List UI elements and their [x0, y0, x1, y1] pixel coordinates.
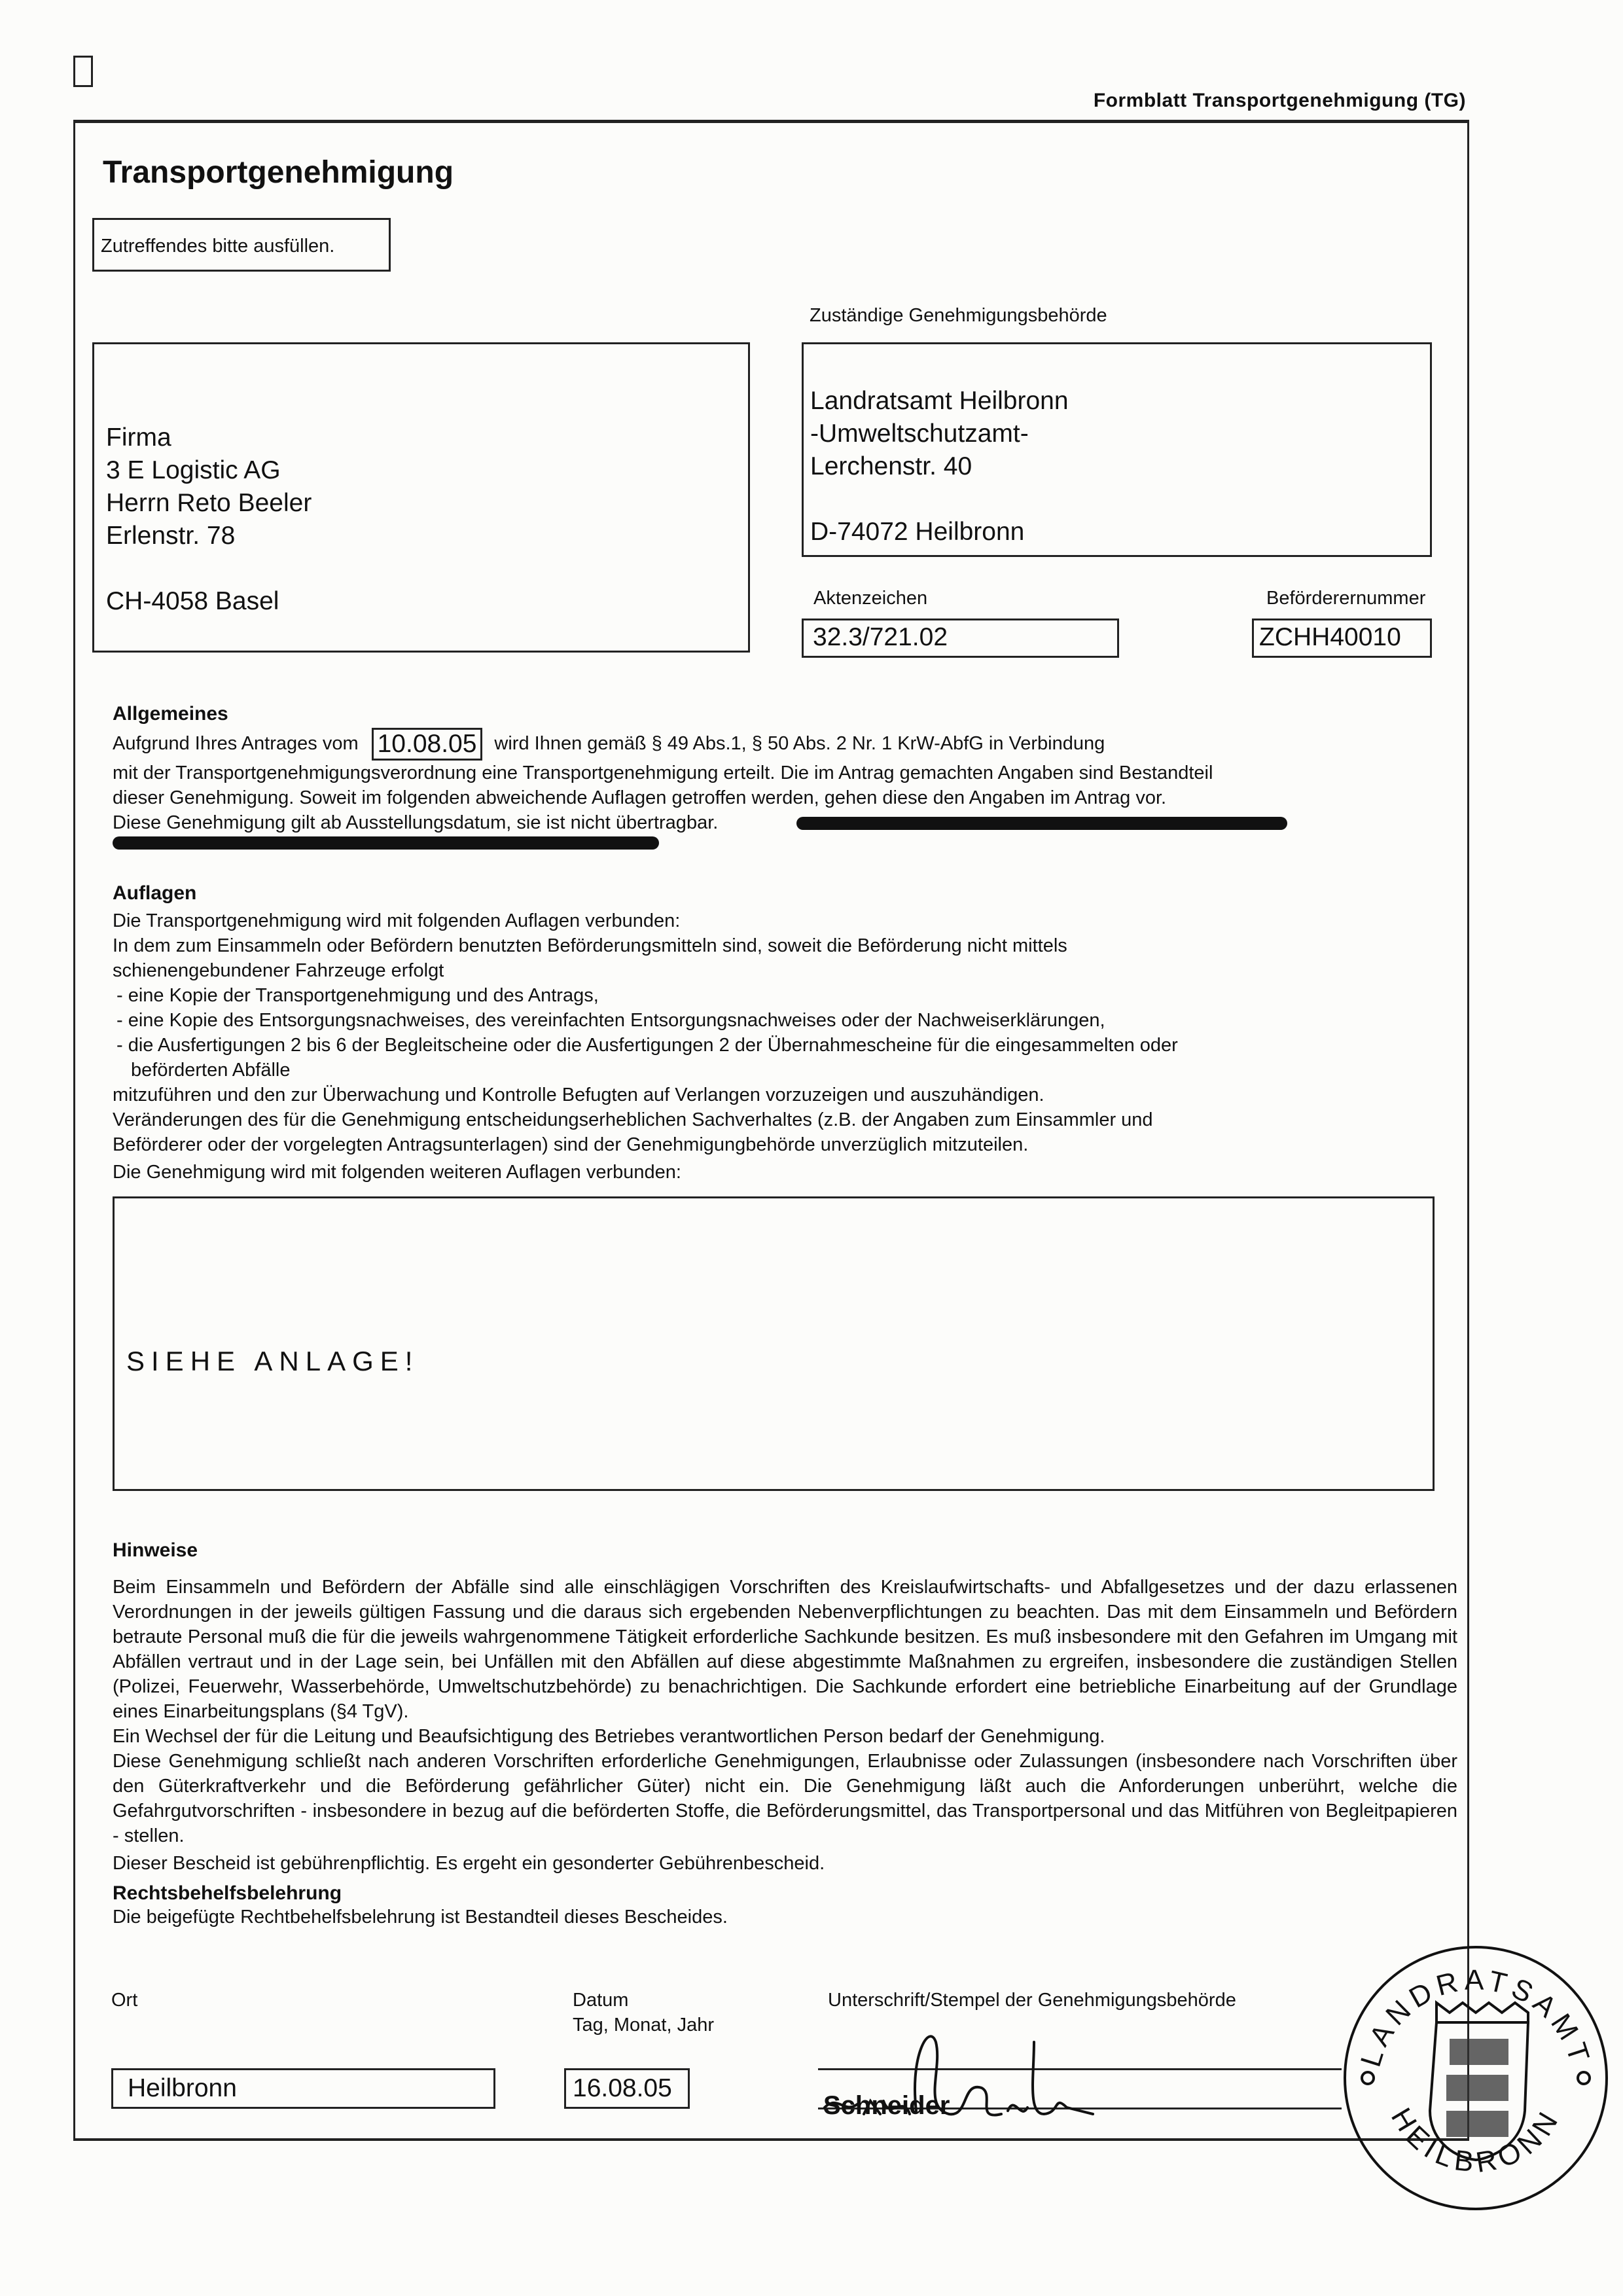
signature-label: Unterschrift/Stempel der Genehmigungsbeh… — [828, 1990, 1236, 2011]
auflagen-line: Die Transportgenehmigung wird mit folgen… — [113, 908, 1408, 933]
section-heading: Hinweise — [113, 1539, 1457, 1562]
aktenzeichen-label: Aktenzeichen — [813, 588, 927, 609]
auflagen-line: Veränderungen des für die Genehmigung en… — [113, 1107, 1408, 1132]
redacted-line — [113, 835, 1408, 855]
applicant-address-box[interactable]: Firma 3 E Logistic AG Herrn Reto Beeler … — [92, 342, 750, 653]
corner-checkbox — [73, 56, 93, 87]
applicant-line: Herrn Reto Beeler — [106, 487, 312, 520]
redaction-bar — [796, 817, 1287, 830]
hinweise-paragraph: Ein Wechsel der für die Leitung und Beau… — [113, 1724, 1457, 1749]
form-label: Formblatt Transportgenehmigung (TG) — [1094, 90, 1466, 112]
ort-label: Ort — [111, 1990, 137, 2011]
authority-label: Zuständige Genehmigungsbehörde — [810, 305, 1107, 327]
frame-bottom-line — [73, 2139, 1469, 2141]
datum-field[interactable]: 16.08.05 — [564, 2068, 690, 2109]
text: wird Ihnen gemäß § 49 Abs.1, § 50 Abs. 2… — [494, 733, 1105, 754]
applicant-line: Erlenstr. 78 — [106, 520, 312, 552]
befoerderer-label: Beförderernummer — [1266, 588, 1425, 609]
section-hinweise: Hinweise Beim Einsammeln und Befördern d… — [113, 1539, 1457, 1929]
official-stamp-icon: LANDRATSAMT HEILBRONN — [1338, 1941, 1613, 2215]
ort-field[interactable]: Heilbronn — [111, 2068, 495, 2109]
further-auflagen-box[interactable]: SIEHE ANLAGE! — [113, 1196, 1435, 1491]
instruction-text: Zutreffendes bitte ausfüllen. — [101, 236, 334, 257]
further-auflagen-label: Die Genehmigung wird mit folgenden weite… — [113, 1160, 1408, 1185]
datum-value: 16.08.05 — [573, 2074, 672, 2103]
auflagen-line: schienengebundener Fahrzeuge erfolgt — [113, 958, 1408, 983]
text: Aufgrund Ihres Antrages vom — [113, 733, 359, 754]
allgemeines-line: dieser Genehmigung. Soweit im folgenden … — [113, 785, 1408, 810]
further-auflagen-value: SIEHE ANLAGE! — [126, 1346, 419, 1377]
authority-line: Lerchenstr. 40 — [810, 450, 1069, 483]
section-allgemeines: Allgemeines Aufgrund Ihres Antrages vom1… — [113, 703, 1408, 855]
allgemeines-line: mit der Transportgenehmigungsverordnung … — [113, 761, 1408, 785]
rechtsbehelf-text: Die beigefügte Rechtbehelfsbelehrung ist… — [113, 1905, 1457, 1929]
ort-value: Heilbronn — [128, 2074, 237, 2103]
instruction-box: Zutreffendes bitte ausfüllen. — [92, 218, 391, 272]
datum-sublabel: Tag, Monat, Jahr — [573, 2015, 714, 2036]
auflagen-line: mitzuführen und den zur Überwachung und … — [113, 1083, 1408, 1107]
auflagen-bullet: beförderten Abfälle — [113, 1058, 1408, 1083]
redaction-bar — [113, 836, 659, 850]
section-heading: Allgemeines — [113, 703, 1408, 725]
page-title: Transportgenehmigung — [103, 154, 454, 190]
auflagen-bullet: - eine Kopie der Transportgenehmigung un… — [113, 983, 1408, 1008]
authority-line: -Umweltschutzamt- — [810, 418, 1069, 450]
aktenzeichen-field[interactable]: 32.3/721.02 — [802, 619, 1119, 658]
hinweise-paragraph: Dieser Bescheid ist gebührenpflichtig. E… — [113, 1851, 1457, 1876]
text: Diese Genehmigung gilt ab Ausstellungsda… — [113, 812, 718, 833]
allgemeines-line: Aufgrund Ihres Antrages vom10.08.05wird … — [113, 728, 1408, 761]
authority-address-box[interactable]: Landratsamt Heilbronn -Umweltschutzamt- … — [802, 342, 1432, 557]
auflagen-bullet: - die Ausfertigungen 2 bis 6 der Begleit… — [113, 1033, 1408, 1058]
auflagen-line: Beförderer oder der vorgelegten Antragsu… — [113, 1132, 1408, 1157]
befoerderer-value: ZCHH40010 — [1259, 623, 1401, 652]
applicant-city: CH-4058 Basel — [106, 585, 312, 618]
allgemeines-line: Diese Genehmigung gilt ab Ausstellungsda… — [113, 810, 1408, 835]
befoerderer-field[interactable]: ZCHH40010 — [1252, 619, 1432, 658]
auflagen-bullet: - eine Kopie des Entsorgungsnachweises, … — [113, 1008, 1408, 1033]
auflagen-line: In dem zum Einsammeln oder Befördern ben… — [113, 933, 1408, 958]
section-heading: Rechtsbehelfsbelehrung — [113, 1882, 1457, 1905]
section-heading: Auflagen — [113, 882, 1408, 905]
aktenzeichen-value: 32.3/721.02 — [813, 623, 948, 652]
datum-label: Datum — [573, 1990, 628, 2011]
authority-city: D-74072 Heilbronn — [810, 516, 1069, 548]
hinweise-paragraph: Beim Einsammeln und Befördern der Abfäll… — [113, 1575, 1457, 1724]
applicant-line: Firma — [106, 422, 312, 454]
signature-name: Schneider — [823, 2091, 950, 2120]
applicant-address: Firma 3 E Logistic AG Herrn Reto Beeler … — [106, 422, 312, 618]
hinweise-paragraph: Diese Genehmigung schließt nach anderen … — [113, 1749, 1457, 1848]
section-auflagen: Auflagen Die Transportgenehmigung wird m… — [113, 882, 1408, 1185]
applicant-line: 3 E Logistic AG — [106, 454, 312, 487]
application-date-field[interactable]: 10.08.05 — [372, 728, 483, 761]
authority-address: Landratsamt Heilbronn -Umweltschutzamt- … — [810, 385, 1069, 548]
authority-line: Landratsamt Heilbronn — [810, 385, 1069, 418]
signature-scribble: Schneider — [818, 2016, 1106, 2134]
